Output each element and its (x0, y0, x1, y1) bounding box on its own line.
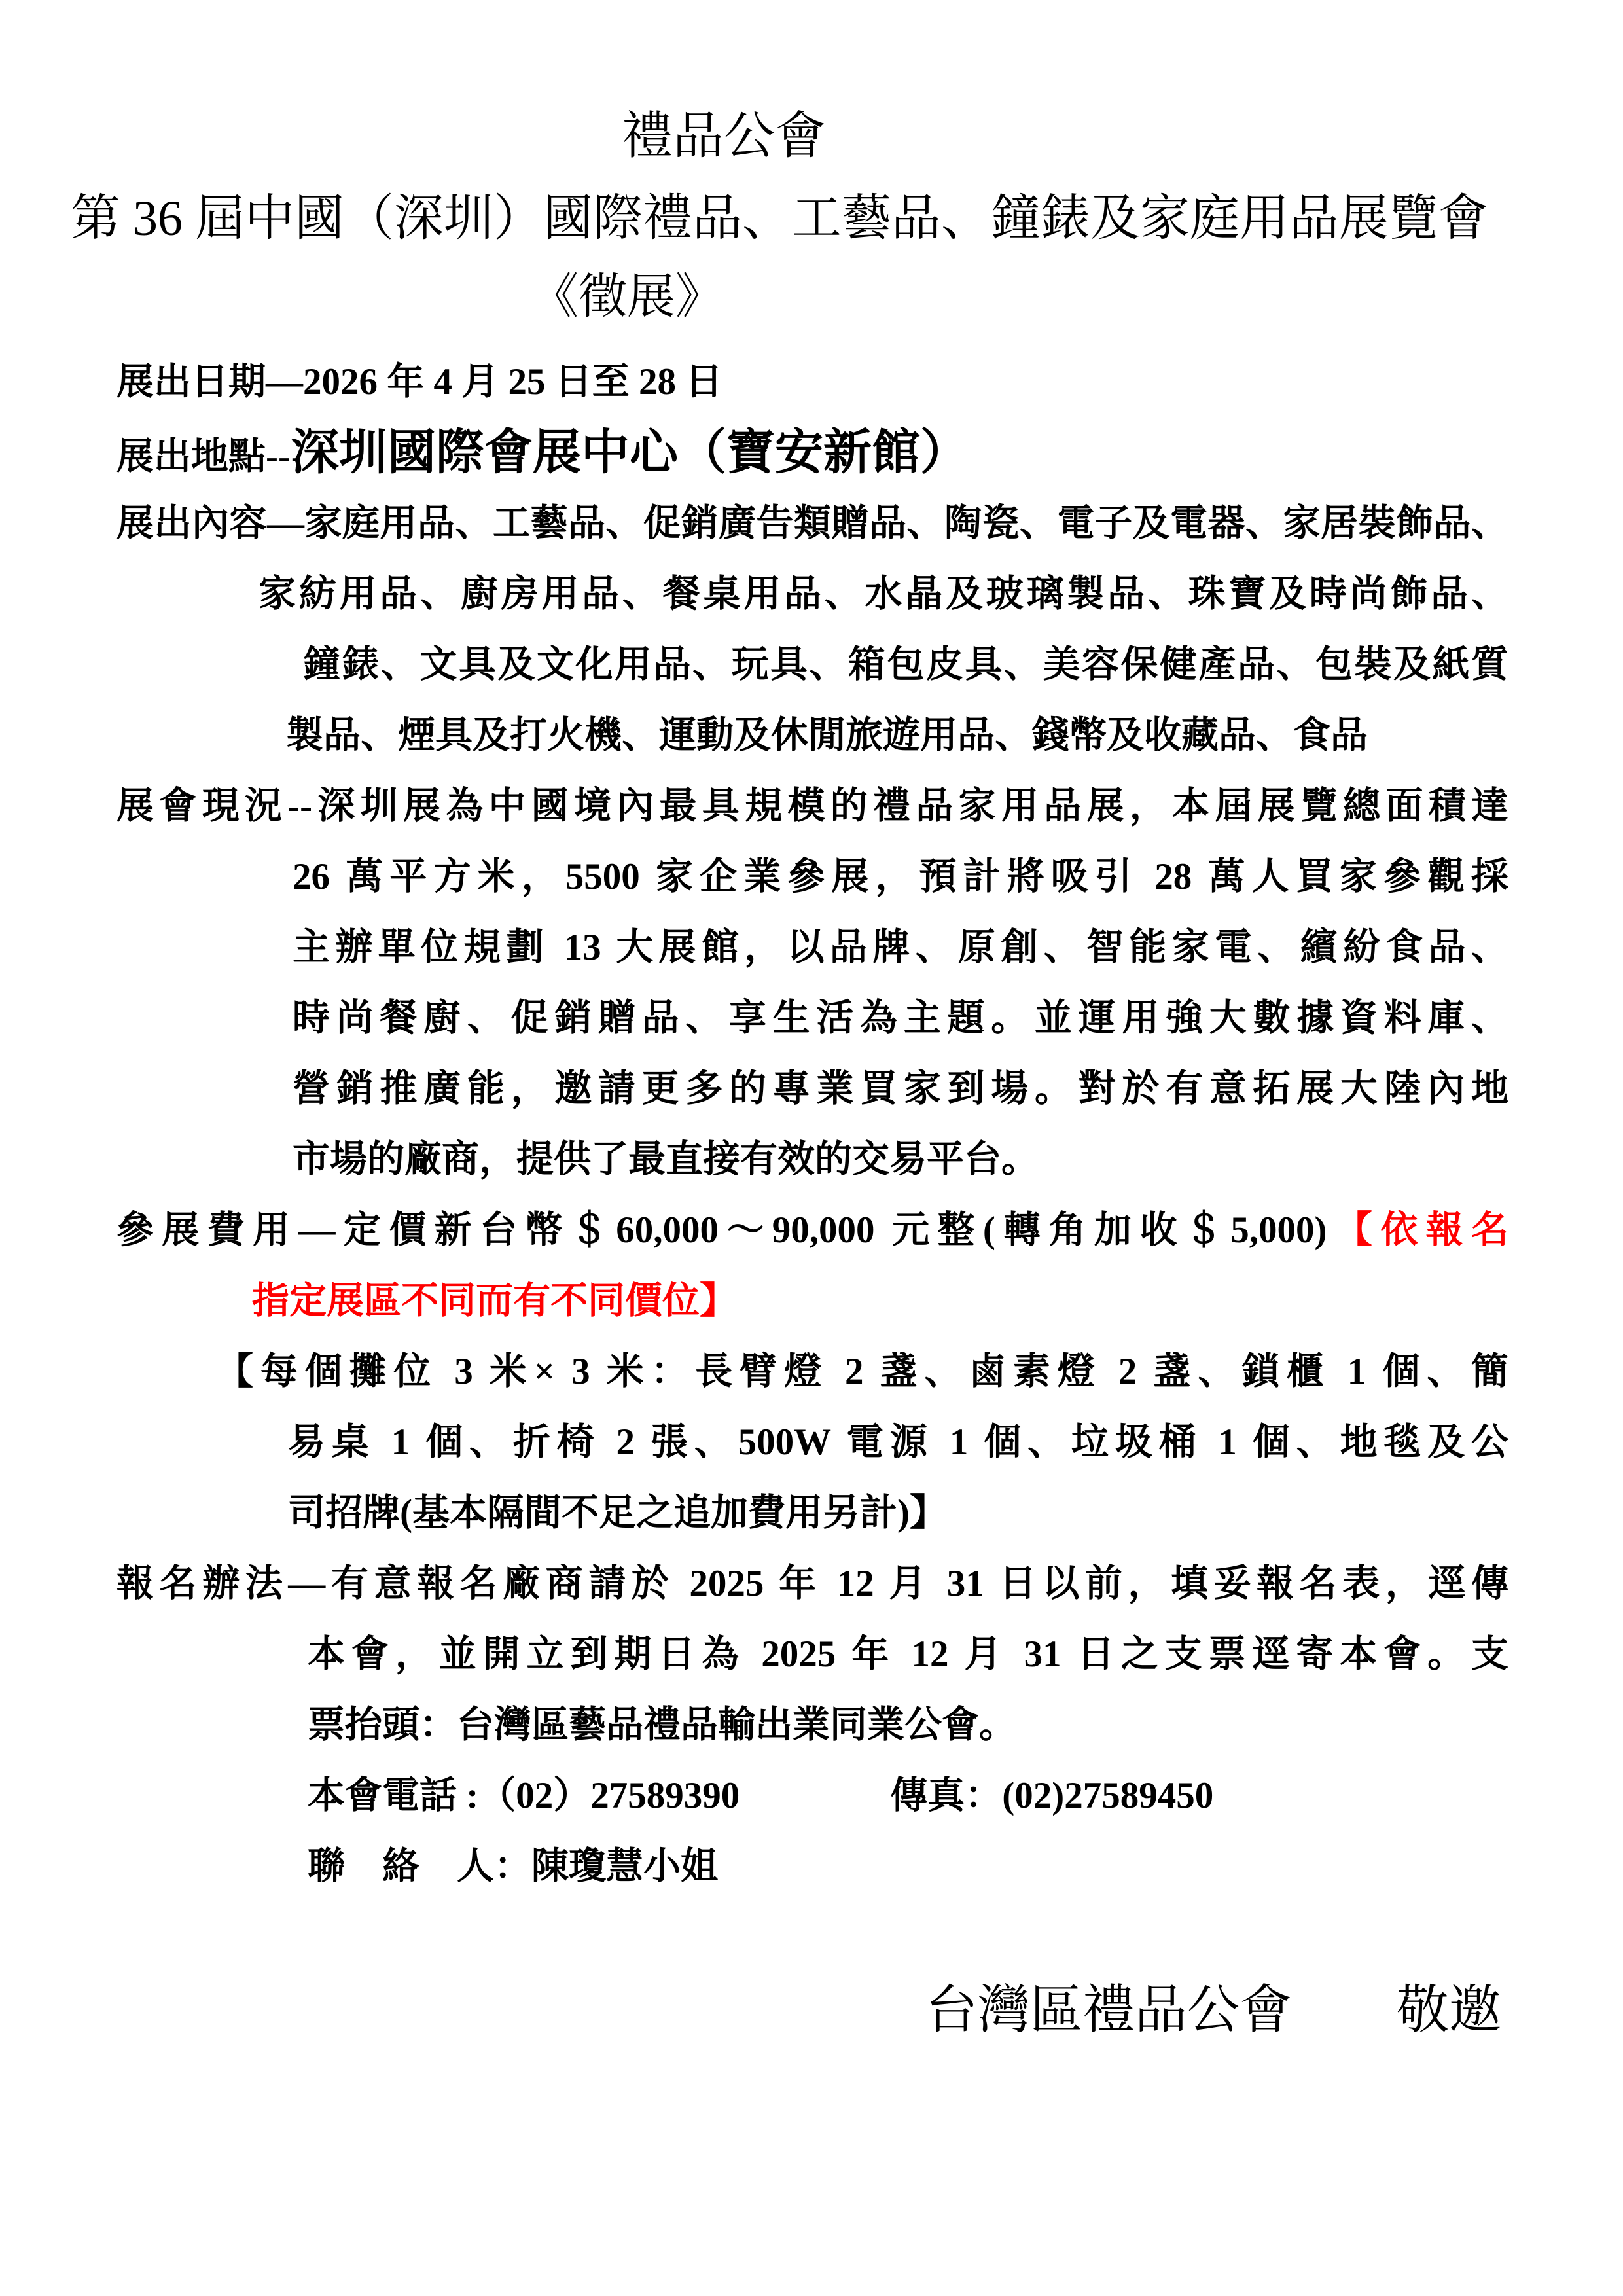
exhibition-status-line-5: 營銷推廣能，邀請更多的專業買家到場。對於有意拓展大陸內地 (293, 1054, 1508, 1124)
exhibit-content-line-4: 製品、煙具及打火機、運動及休閒旅遊用品、錢幣及收藏品、食品 (286, 700, 1508, 771)
exhibit-venue-line: 展出地點--深圳國際會展中心（寶安新館） (116, 418, 1508, 488)
association-title: 禮品公會 (622, 95, 1508, 177)
document-page: 禮品公會 第 36 屆中國（深圳）國際禮品、工藝品、鐘錶及家庭用品展覽會 《徵展… (0, 0, 1623, 2296)
exhibition-status-line-3: 主辦單位規劃 13 大展館，以品牌、原創、智能家電、繽紛食品、 (293, 912, 1508, 983)
exhibit-content-line-1: 展出內容—家庭用品、工藝品、促銷廣告類贈品、陶瓷、電子及電器、家居裝飾品、 (116, 488, 1508, 559)
venue-value: 深圳國際會展中心（寶安新館） (291, 426, 969, 480)
venue-label: 展出地點-- (116, 436, 291, 477)
registration-line-1: 報名辦法—有意報名廠商請於 2025 年 12 月 31 日以前，填妥報名表，逕… (116, 1549, 1508, 1619)
call-for-exhibitors-subtitle: 《徵展》 (530, 260, 1508, 334)
fee-line-2-red: 指定展區不同而有不同價位】 (252, 1266, 1508, 1336)
booth-spec-line-1: 【每個攤位 3 米× 3 米：長臂燈 2 盞、鹵素燈 2 盞、鎖櫃 1 個、簡 (216, 1336, 1508, 1407)
exhibition-status-line-6: 市場的廠商，提供了最直接有效的交易平台。 (293, 1124, 1508, 1195)
registration-line-3: 票抬頭：台灣區藝品禮品輸出業同業公會。 (308, 1690, 1508, 1761)
fax-number: 傳真：(02)27589450 (890, 1775, 1213, 1816)
phone-fax-line: 本會電話 :（02）27589390傳真：(02)27589450 (308, 1761, 1508, 1831)
exhibit-date-line: 展出日期—2026 年 4 月 25 日至 28 日 (116, 347, 1508, 418)
contact-person-line: 聯 絡 人：陳瓊慧小姐 (308, 1831, 1508, 1902)
booth-spec-line-2: 易桌 1 個、折椅 2 張、500W 電源 1 個、垃圾桶 1 個、地毯及公 (288, 1407, 1508, 1478)
closing-signature: 台灣區禮品公會 敬邀 (925, 1974, 1508, 2047)
exhibit-content-line-3: 鐘錶、文具及文化用品、玩具、箱包皮具、美容保健產品、包裝及紙質 (303, 630, 1508, 700)
exhibition-status-line-1: 展會現況--深圳展為中國境內最具規模的禮品家用品展，本屆展覽總面積達 (116, 771, 1508, 842)
registration-line-2: 本會，並開立到期日為 2025 年 12 月 31 日之支票逕寄本會。支 (308, 1619, 1508, 1690)
exhibition-status-line-2: 26 萬平方米，5500 家企業參展，預計將吸引 28 萬人買家參觀採 (293, 842, 1508, 912)
exhibition-status-line-4: 時尚餐廚、促銷贈品、享生活為主題。並運用強大數據資料庫、 (293, 983, 1508, 1054)
booth-spec-line-3: 司招牌(基本隔間不足之追加費用另計)】 (288, 1478, 1508, 1549)
fee-line-1: 參展費用—定價新台幣＄60,000～90,000 元整(轉角加收＄5,000)【… (116, 1195, 1508, 1266)
fee-text-red: 【依報名 (1327, 1210, 1508, 1251)
exhibition-main-title: 第 36 屆中國（深圳）國際禮品、工藝品、鐘錶及家庭用品展覽會 (71, 177, 1508, 260)
phone-number: 本會電話 :（02）27589390 (308, 1775, 740, 1816)
fee-text-black: 參展費用—定價新台幣＄60,000～90,000 元整(轉角加收＄5,000) (116, 1210, 1327, 1251)
exhibit-content-line-2: 家紡用品、廚房用品、餐桌用品、水晶及玻璃製品、珠寶及時尚飾品、 (259, 559, 1508, 630)
